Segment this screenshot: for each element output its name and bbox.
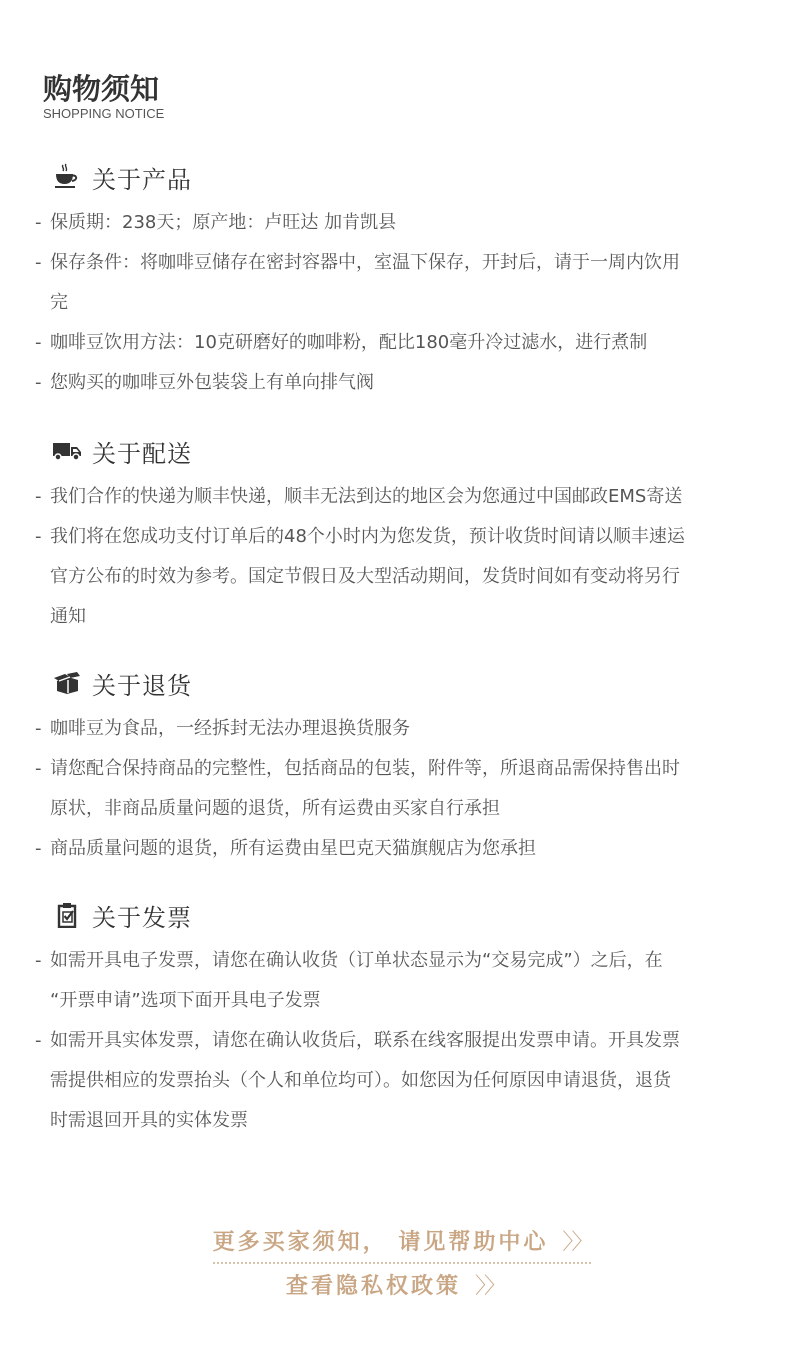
double-chevron-right-icon: 〉〉 [562,1230,591,1255]
section-title: 关于配送 [92,434,192,469]
item-list: -咖啡豆为食品，一经拆封无法办理退换货服务 -请您配合保持商品的完整性，包括商品… [0,709,790,869]
section-title: 关于发票 [92,898,192,933]
section-invoice: 关于发票 -如需开具电子发票，请您在确认收货（订单状态显示为“交易完成”）之后，… [0,895,790,1141]
list-item: -咖啡豆饮用方法：10克研磨好的咖啡粉，配比180毫升冷过滤水，进行煮制 [0,323,790,363]
privacy-policy-link[interactable]: 查看隐私权政策〉〉 [286,1270,504,1304]
section-title: 关于产品 [92,160,192,195]
section-product: 关于产品 -保质期：238天；原产地：卢旺达 加肯凯县 -保存条件：将咖啡豆储存… [0,157,790,403]
help-center-link[interactable]: 更多买家须知， 请见帮助中心〉〉 [213,1226,592,1264]
clipboard-check-icon [52,900,82,930]
list-item: -商品质量问题的退货，所有运费由星巴克天猫旗舰店为您承担 [0,829,790,869]
double-chevron-right-icon: 〉〉 [475,1274,504,1299]
open-box-icon [52,668,82,698]
section-header: 关于配送 [0,431,790,471]
list-item: -保质期：238天；原产地：卢旺达 加肯凯县 [0,203,790,243]
footer-links: 更多买家须知， 请见帮助中心〉〉 查看隐私权政策〉〉 [0,1226,790,1304]
list-item: -如需开具电子发票，请您在确认收货（订单状态显示为“交易完成”）之后，在“开票申… [0,941,790,1021]
list-item: -如需开具实体发票，请您在确认收货后，联系在线客服提出发票申请。开具发票需提供相… [0,1021,790,1141]
page-title: 购物须知 [43,72,164,106]
page-header: 购物须知 SHOPPING NOTICE [43,72,164,122]
item-list: -如需开具电子发票，请您在确认收货（订单状态显示为“交易完成”）之后，在“开票申… [0,941,790,1141]
coffee-cup-icon [52,162,82,192]
section-returns: 关于退货 -咖啡豆为食品，一经拆封无法办理退换货服务 -请您配合保持商品的完整性… [0,663,790,869]
section-header: 关于产品 [0,157,790,197]
section-header: 关于发票 [0,895,790,935]
page-subtitle: SHOPPING NOTICE [43,106,164,122]
section-title: 关于退货 [92,666,192,701]
list-item: -我们将在您成功支付订单后的48个小时内为您发货，预计收货时间请以顺丰速运官方公… [0,517,790,637]
delivery-truck-icon [52,436,82,466]
section-header: 关于退货 [0,663,790,703]
section-delivery: 关于配送 -我们合作的快递为顺丰快递，顺丰无法到达的地区会为您通过中国邮政EMS… [0,431,790,637]
list-item: -您购买的咖啡豆外包装袋上有单向排气阀 [0,363,790,403]
list-item: -请您配合保持商品的完整性，包括商品的包装，附件等，所退商品需保持售出时原状，非… [0,749,790,829]
item-list: -我们合作的快递为顺丰快递，顺丰无法到达的地区会为您通过中国邮政EMS寄送 -我… [0,477,790,637]
list-item: -咖啡豆为食品，一经拆封无法办理退换货服务 [0,709,790,749]
item-list: -保质期：238天；原产地：卢旺达 加肯凯县 -保存条件：将咖啡豆储存在密封容器… [0,203,790,403]
list-item: -我们合作的快递为顺丰快递，顺丰无法到达的地区会为您通过中国邮政EMS寄送 [0,477,790,517]
list-item: -保存条件：将咖啡豆储存在密封容器中，室温下保存，开封后，请于一周内饮用完 [0,243,790,323]
